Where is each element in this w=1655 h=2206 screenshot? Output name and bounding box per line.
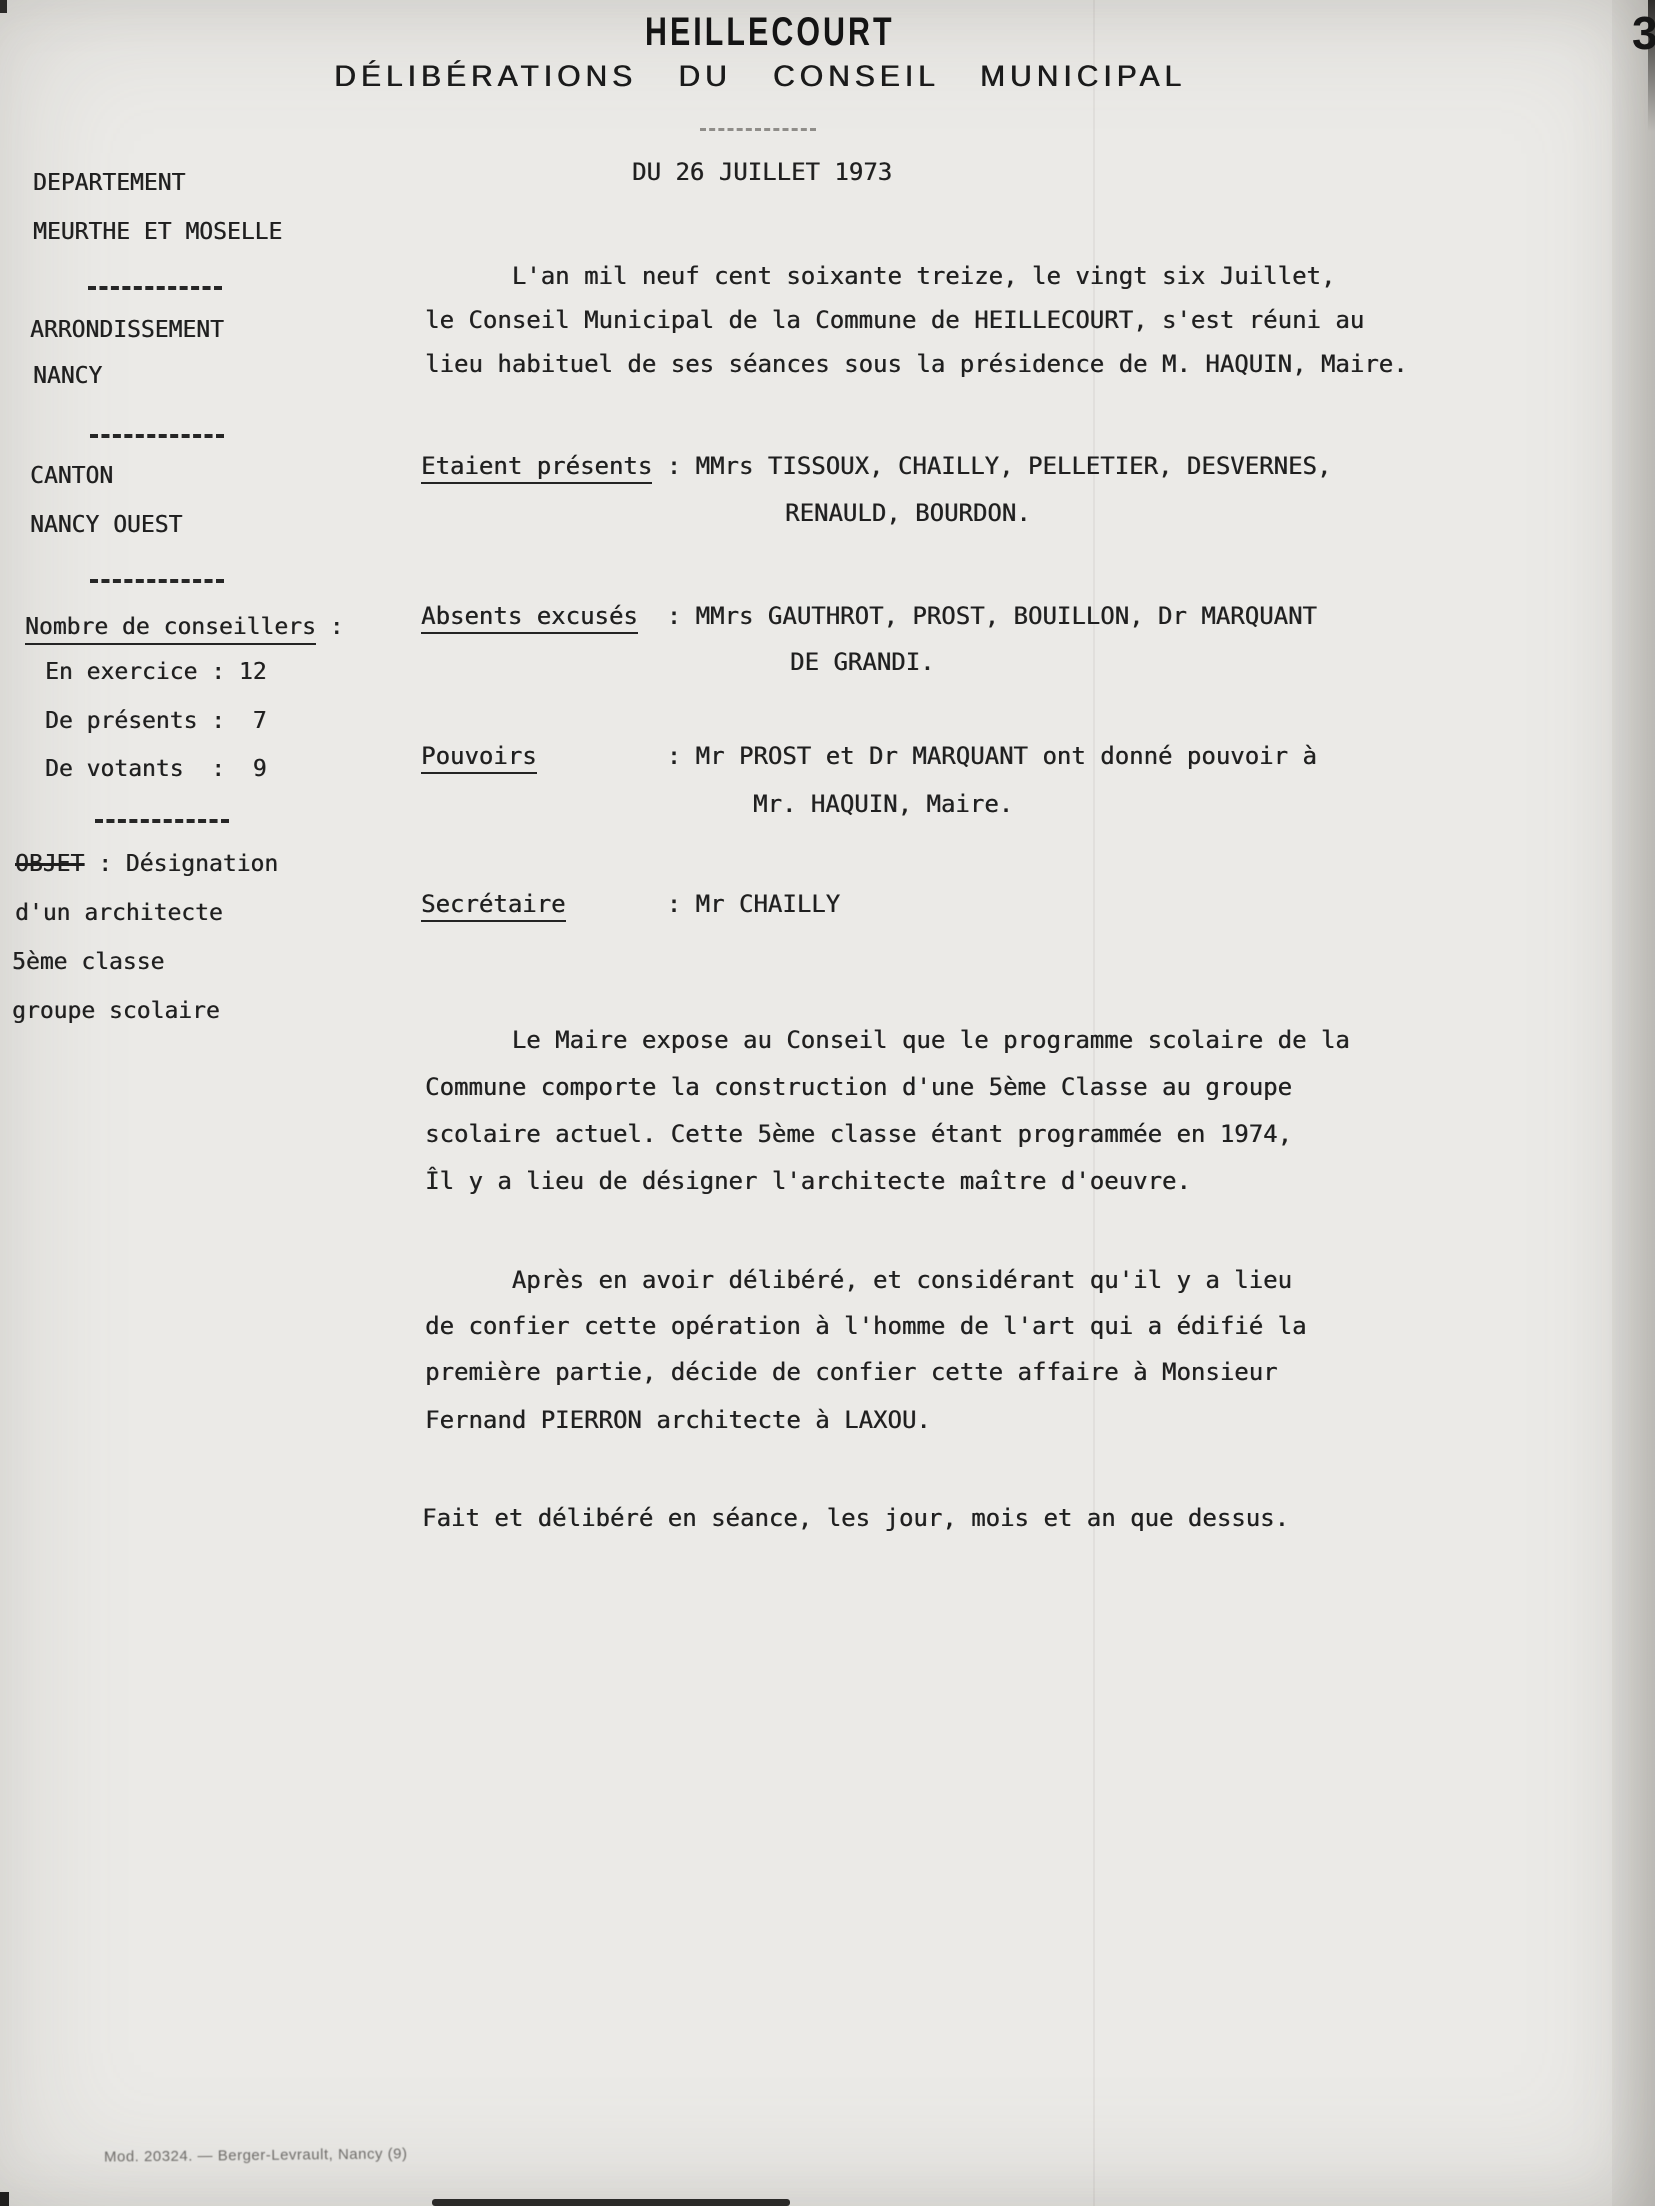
- document-page: 3 HEILLECOURT DÉLIBÉRATIONS DU CONSEIL M…: [0, 0, 1655, 2206]
- preamble-line: lieu habituel de ses séances sous la pré…: [425, 352, 1408, 376]
- presents-value: : MMrs TISSOUX, CHAILLY, PELLETIER, DESV…: [652, 452, 1331, 480]
- canton-label: CANTON: [30, 465, 113, 488]
- preamble-line: le Conseil Municipal de la Commune de HE…: [425, 308, 1364, 332]
- secretaire-value: : Mr CHAILLY: [566, 890, 841, 918]
- secretaire-line: Secrétaire : Mr CHAILLY: [421, 892, 840, 922]
- pouvoirs-label: Pouvoirs: [421, 744, 537, 774]
- absents-label: Absents excusés: [421, 604, 638, 634]
- margin-divider: [88, 286, 222, 290]
- body-p1-line: Commune comporte la construction d'une 5…: [425, 1075, 1292, 1099]
- margin-divider: [90, 579, 224, 583]
- pouvoirs-value: : Mr PROST et Dr MARQUANT ont donné pouv…: [537, 742, 1317, 770]
- margin-divider: [90, 434, 224, 438]
- body-p1-line: Le Maire expose au Conseil que le progra…: [425, 1028, 1350, 1052]
- margin-divider: [95, 819, 229, 823]
- printer-imprint: Mod. 20324. — Berger-Levrault, Nancy (9): [104, 2145, 408, 2165]
- preamble-line: L'an mil neuf cent soixante treize, le v…: [425, 264, 1335, 288]
- presents-label: Etaient présents: [421, 454, 652, 484]
- arrondissement-label: ARRONDISSEMENT: [30, 319, 224, 342]
- counsellors-presents: De présents : 7: [45, 710, 267, 733]
- body-p1-line: scolaire actuel. Cette 5ème classe étant…: [425, 1122, 1292, 1146]
- pouvoirs-line: Pouvoirs : Mr PROST et Dr MARQUANT ont d…: [421, 744, 1317, 774]
- presents-line: Etaient présents : MMrs TISSOUX, CHAILLY…: [421, 454, 1331, 484]
- objet-label: OBJET: [15, 851, 84, 877]
- presents-line-2: RENAULD, BOURDON.: [785, 501, 1031, 525]
- objet-line-4: groupe scolaire: [12, 1000, 220, 1023]
- session-date: DU 26 JUILLET 1973: [632, 160, 892, 184]
- absents-line-2: DE GRANDI.: [790, 650, 935, 674]
- title-underline: [700, 128, 816, 131]
- objet-line-3: 5ème classe: [12, 951, 164, 974]
- scan-mark-top-left: [0, 0, 7, 13]
- body-p2-line: Fernand PIERRON architecte à LAXOU.: [425, 1408, 931, 1432]
- departement-label: DEPARTEMENT: [33, 172, 185, 195]
- pouvoirs-line-2: Mr. HAQUIN, Maire.: [753, 792, 1013, 816]
- arrondissement-value: NANCY: [33, 365, 102, 388]
- page-edge-shadow: [1612, 0, 1655, 2206]
- counsellors-heading-text: Nombre de conseillers: [25, 616, 316, 645]
- counsellors-votants: De votants : 9: [45, 758, 267, 781]
- objet-line-2: d'un architecte: [15, 902, 223, 925]
- scan-mark-bottom-left: [0, 2192, 9, 2206]
- counsellors-en-exercice: En exercice : 12: [45, 661, 267, 684]
- counsellors-heading: Nombre de conseillers :: [25, 616, 344, 645]
- objet-text: : Désignation: [84, 851, 278, 877]
- body-p1-line: Îl y a lieu de désigner l'architecte maî…: [425, 1169, 1191, 1193]
- body-p2-line: de confier cette opération à l'homme de …: [425, 1314, 1306, 1338]
- objet-line: OBJET : Désignation: [15, 853, 278, 876]
- secretaire-label: Secrétaire: [421, 892, 566, 922]
- absents-line: Absents excusés : MMrs GAUTHROT, PROST, …: [421, 604, 1317, 634]
- canton-value: NANCY OUEST: [30, 514, 182, 537]
- scan-mark-bottom: [432, 2199, 790, 2206]
- body-p2-line: Après en avoir délibéré, et considérant …: [425, 1268, 1292, 1292]
- page-number: 3: [1632, 10, 1655, 56]
- commune-title: HEILLECOURT: [645, 12, 895, 52]
- body-p2-line: première partie, décide de confier cette…: [425, 1360, 1278, 1384]
- counsellors-heading-colon: :: [316, 614, 344, 640]
- departement-value: MEURTHE ET MOSELLE: [33, 221, 282, 244]
- closing-line: Fait et délibéré en séance, les jour, mo…: [422, 1506, 1289, 1530]
- document-title: DÉLIBÉRATIONS DU CONSEIL MUNICIPAL: [334, 62, 1186, 92]
- absents-value: : MMrs GAUTHROT, PROST, BOUILLON, Dr MAR…: [638, 602, 1317, 630]
